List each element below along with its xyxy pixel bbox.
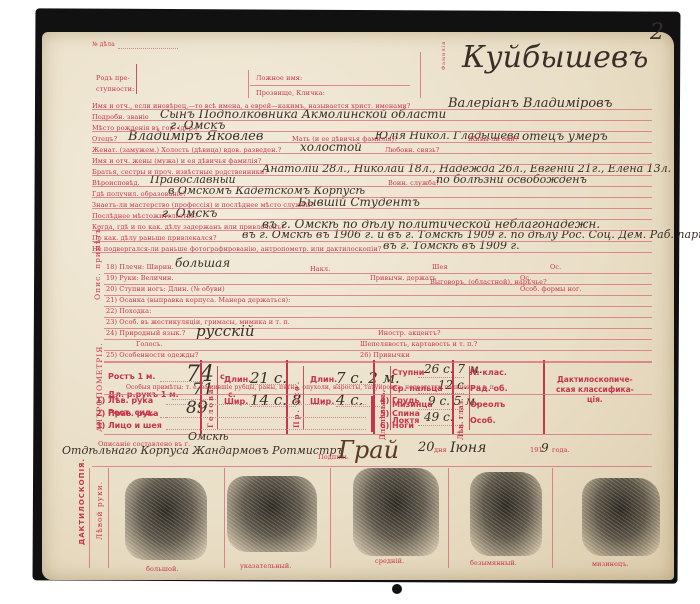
rule bbox=[104, 362, 652, 363]
measure-label: Длин. bbox=[224, 375, 251, 384]
description-extra-label: Привычн. держать bbox=[370, 274, 436, 282]
description-label: 24) Природный язык.? bbox=[106, 329, 185, 337]
fingerprint-image bbox=[582, 478, 660, 556]
divider bbox=[89, 468, 90, 568]
special-mark-label: 1) Лѣв. рука bbox=[96, 396, 153, 405]
divider bbox=[420, 52, 421, 98]
divider bbox=[108, 468, 109, 568]
group-divider bbox=[286, 360, 288, 434]
description-value: русскій bbox=[196, 322, 255, 340]
special-mark-label: 5) Спина bbox=[380, 409, 420, 418]
description-extra-label: Ос. bbox=[550, 263, 561, 271]
compiled-city: Омскѣ bbox=[188, 430, 229, 443]
fingerprint-image bbox=[125, 478, 207, 560]
description-extra-label: Шея bbox=[432, 263, 448, 271]
rule bbox=[92, 153, 652, 154]
rule bbox=[104, 394, 652, 395]
description-label: 20) Ступни ногъ: Длин. (№ обуви) bbox=[106, 285, 225, 293]
measure-label: Ступни bbox=[392, 368, 424, 377]
divider bbox=[448, 468, 449, 568]
finger-label: мизинецъ. bbox=[592, 560, 629, 568]
description-extra-label: Выговоръ, (областной), нарѣчье? bbox=[430, 278, 547, 286]
description-label: 19) Руки: Величин. bbox=[106, 274, 174, 282]
description-label: Голосъ. bbox=[136, 340, 163, 348]
measure-label: Ореолъ bbox=[470, 400, 505, 409]
rule bbox=[104, 306, 652, 307]
special-mark-label: 3) Лицо и шея bbox=[96, 421, 162, 430]
rule bbox=[92, 466, 652, 467]
value-line bbox=[250, 406, 296, 407]
anthro-label: Ростъ 1 м. bbox=[108, 372, 155, 381]
description-label: 22) Походка: bbox=[106, 307, 151, 315]
special-mark-label: 6) Ноги bbox=[380, 421, 414, 430]
description-extra-label: 26) Привычки bbox=[360, 351, 410, 359]
description-extra-label: Особ. формы ног. bbox=[520, 285, 582, 293]
case-number-label: № дѣла bbox=[92, 41, 115, 48]
rule bbox=[92, 241, 652, 242]
measure-label: № клас. bbox=[470, 368, 507, 377]
description-extra-label: Иностр. акцентъ? bbox=[378, 329, 441, 337]
description-extra-label: Накл. bbox=[310, 265, 330, 273]
group-divider bbox=[200, 360, 202, 434]
measure-label: Длин. bbox=[310, 375, 337, 384]
divider bbox=[248, 70, 249, 98]
punch-hole bbox=[392, 584, 402, 594]
rule bbox=[92, 120, 652, 121]
signature: Грай bbox=[338, 436, 399, 464]
value-line bbox=[166, 417, 366, 418]
hand-label: Лѣвой руки. bbox=[95, 481, 104, 540]
year-suffix: года. bbox=[552, 446, 570, 454]
divider bbox=[224, 468, 225, 568]
divider bbox=[552, 468, 553, 568]
false-name-label: Ложное имя: bbox=[256, 74, 302, 82]
rule bbox=[104, 434, 652, 435]
description-label: 25) Особенности одежды? bbox=[106, 351, 198, 359]
rule bbox=[92, 230, 652, 231]
rule bbox=[92, 252, 652, 253]
finger-label: большой. bbox=[146, 565, 179, 573]
measure-label: Особ. bbox=[470, 416, 496, 425]
finger-label: указательный. bbox=[240, 562, 292, 570]
anthropometry-side-label: АНТРОПОМЕТРІЯ. bbox=[95, 342, 104, 432]
group-brace bbox=[217, 366, 218, 430]
day-value: 20 bbox=[418, 440, 435, 455]
rule bbox=[92, 131, 652, 132]
dactyloscopy-side-label: ДАКТИЛОСКОПІЯ. bbox=[78, 458, 86, 545]
description-value: большая bbox=[175, 256, 230, 270]
description-side-label: Опис. примѣтъ. bbox=[93, 224, 102, 300]
special-marks-header: Особыя примѣты: т. е. зажившіе рубцы, ра… bbox=[126, 384, 496, 391]
finger-label: безымянный. bbox=[470, 559, 517, 567]
corner-number: 2 bbox=[650, 20, 664, 45]
rule bbox=[250, 85, 410, 86]
surname-side-label: Фамилія bbox=[441, 41, 447, 70]
rule bbox=[92, 208, 652, 209]
rule bbox=[92, 109, 652, 110]
rule bbox=[92, 175, 652, 176]
fingerprint-image bbox=[227, 476, 317, 552]
finger-label: средній. bbox=[375, 557, 404, 565]
group-divider bbox=[452, 360, 454, 434]
rule bbox=[92, 219, 652, 220]
crime-type-label: Родъ пре- ступности: bbox=[96, 73, 134, 95]
description-label: 18) Плечи: Ширин. bbox=[106, 263, 174, 271]
month-value: Іюня bbox=[450, 440, 486, 456]
description-extra-label: Шепелявость, картавость и т. п.? bbox=[360, 340, 477, 348]
measure-value: 49 с. bbox=[424, 410, 454, 424]
description-label: 21) Осанка (выправка корпуса. Манера дер… bbox=[106, 296, 290, 304]
day-label: дня bbox=[434, 446, 447, 454]
nickname-label: Прозвище, Кличка: bbox=[256, 89, 325, 97]
value-line bbox=[166, 404, 366, 405]
dactylo-classification-label: Дактилоскопиче- ская классифика- ція. bbox=[556, 375, 634, 405]
rule bbox=[92, 164, 652, 165]
fingerprint-image bbox=[470, 472, 542, 556]
special-mark-label: 4) Грудь bbox=[380, 396, 420, 405]
surname-value: Куйбышевъ bbox=[462, 40, 648, 75]
divider bbox=[371, 396, 373, 432]
rule bbox=[92, 197, 652, 198]
group-divider bbox=[543, 360, 545, 434]
divider bbox=[330, 468, 331, 568]
brace bbox=[136, 64, 137, 94]
case-number-line bbox=[118, 48, 178, 49]
year-value: 9 bbox=[541, 441, 549, 455]
group-divider bbox=[373, 360, 375, 434]
special-mark-label: 2) Прав. рука bbox=[96, 409, 158, 418]
rule bbox=[92, 142, 652, 143]
group-brace bbox=[303, 366, 304, 430]
compiled-by: Отдѣльнаго Корпуса Жандармовъ Ротмистръ bbox=[62, 444, 344, 457]
value-line bbox=[336, 406, 382, 407]
rule bbox=[92, 186, 652, 187]
anthro-value: 89 bbox=[186, 398, 208, 418]
fingerprint-image bbox=[353, 468, 439, 556]
